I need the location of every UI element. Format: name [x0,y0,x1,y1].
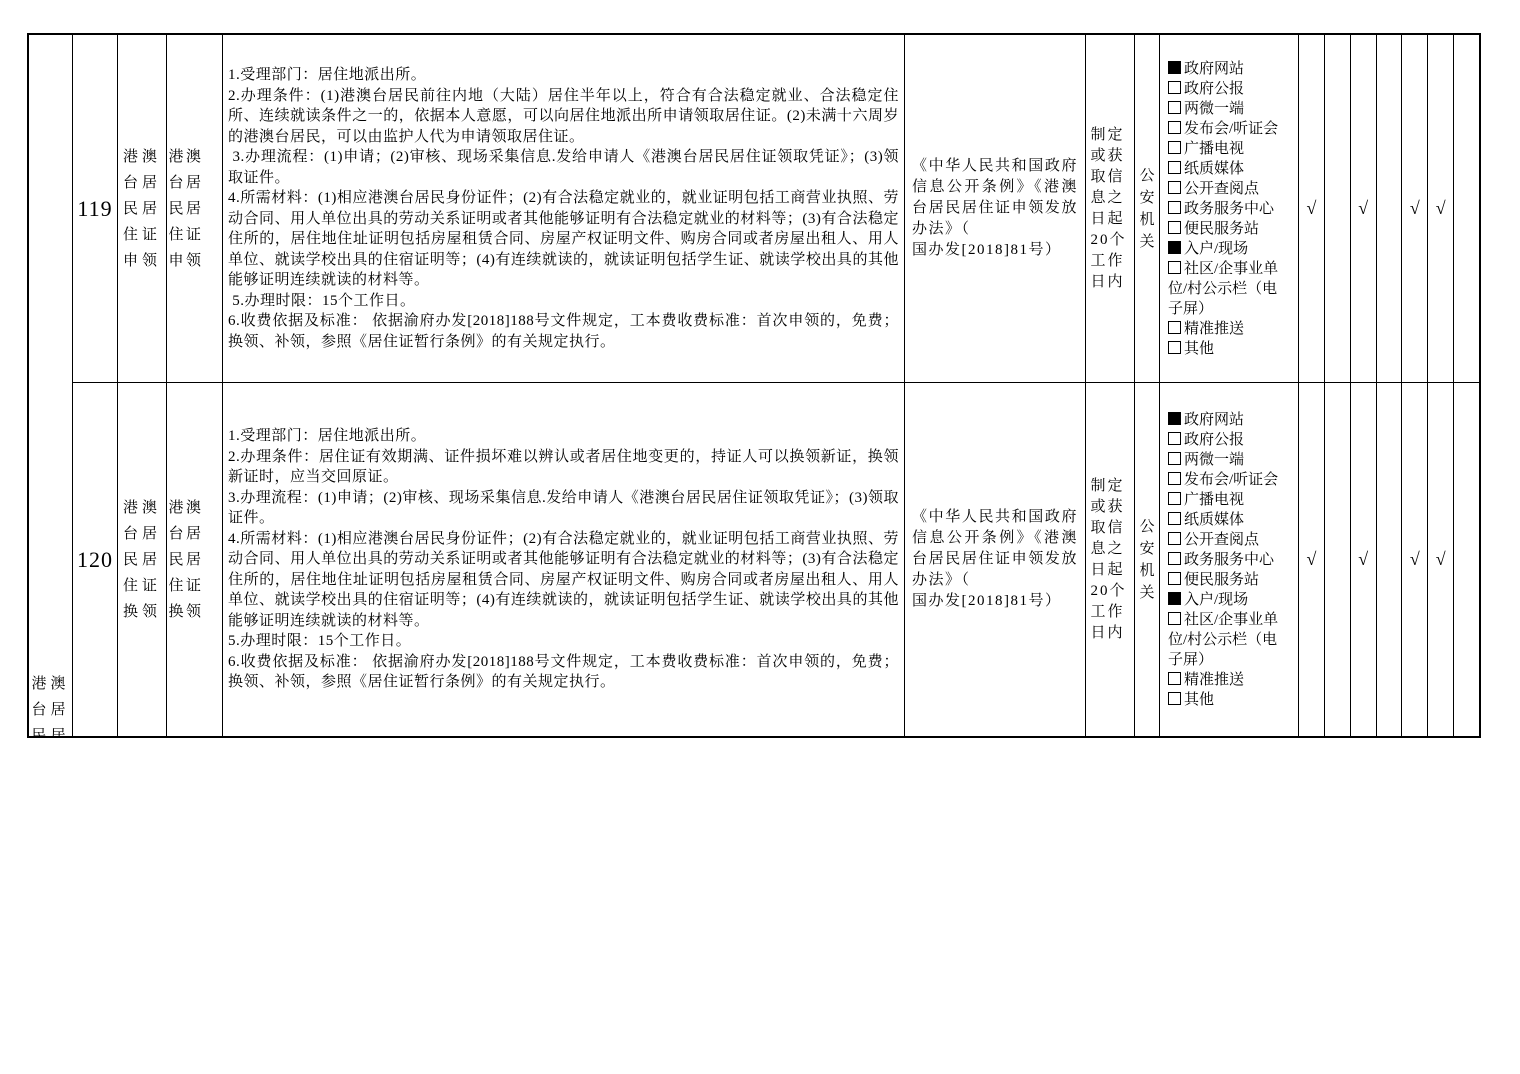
channel-label: 便民服务站 [1184,572,1259,588]
channel-label: 公开查阅点 [1184,532,1259,548]
info-disclosure-table: 119 港澳台居民居 港澳台居民居住证申领 港澳台居民居住证申领 1.受理部门：… [27,33,1481,738]
channel-label: 便民服务站 [1184,221,1259,237]
checkbox-icon [1168,201,1181,214]
checkbox-icon [1168,221,1181,234]
channel-item: 社区/企事业单位/村公示栏（电子屏） [1168,259,1290,319]
channel-label: 社区/企事业单位/村公示栏（电子屏） [1168,261,1278,317]
check-mark-cell [1454,383,1479,736]
channel-label: 入户/现场 [1184,241,1248,257]
check-mark-cell: √ [1351,35,1377,382]
checkbox-icon [1168,321,1181,334]
check-mark-cell [1454,35,1479,382]
checkbox-icon [1168,572,1181,585]
channel-label: 其他 [1184,692,1214,708]
channel-item: 其他 [1168,690,1290,710]
row-120-mark-columns: √ √ √ √ [1299,383,1479,736]
item-name-text: 港澳台居民居住证申领 [123,144,161,274]
check-mark: √ [1410,549,1420,570]
checkbox-icon [1168,612,1181,625]
procedure-item-text: 1.受理部门：居住地派出所。 [228,426,899,447]
procedure-item-text: 1.受理部门：居住地派出所。 [228,65,899,86]
checkbox-icon [1168,452,1181,465]
channel-label: 纸质媒体 [1184,512,1244,528]
checkbox-icon [1168,552,1181,565]
channel-item: 两微一端 [1168,99,1290,119]
check-mark: √ [1306,198,1316,219]
check-mark: √ [1436,549,1446,570]
channel-item: 入户/现场 [1168,239,1290,259]
checkbox-icon [1168,121,1181,134]
channel-item: 社区/企事业单位/村公示栏（电子屏） [1168,610,1290,670]
check-mark-cell [1325,35,1351,382]
row-number-text: 120 [77,547,113,573]
channel-item: 发布会/听证会 [1168,119,1290,139]
channel-label: 政务服务中心 [1184,552,1274,568]
channel-item: 入户/现场 [1168,590,1290,610]
merged-category-cell: 港澳台居民居 [29,35,73,736]
channel-item: 精准推送 [1168,670,1290,690]
checkbox-icon [1168,141,1181,154]
procedure-item-text: 4.所需材料：(1)相应港澳台居民身份证件；(2)有合法稳定就业的，就业证明包括… [228,529,899,632]
checkbox-icon [1168,161,1181,174]
channel-label: 两微一端 [1184,452,1244,468]
checkbox-icon [1168,341,1181,354]
channel-item: 发布会/听证会 [1168,470,1290,490]
channel-label: 政务服务中心 [1184,201,1274,217]
procedure-item-text: 3.办理流程：(1)申请；(2)审核、现场采集信息.发给申请人《港澳台居民居住证… [228,488,899,529]
channel-item: 精准推送 [1168,319,1290,339]
check-mark-cell: √ [1428,35,1454,382]
check-mark-cell: √ [1402,35,1428,382]
legal-basis-text: 《中华人民共和国政府信息公开条例》《港澳台居民居住证申领发放办法》（ 国办发[2… [905,507,1085,612]
checkbox-icon [1168,101,1181,114]
check-mark-cell: √ [1351,383,1377,736]
channel-label: 政府网站 [1184,61,1244,77]
checkbox-icon [1168,432,1181,445]
item-name-text: 港澳台居民居住证换领 [123,495,161,625]
channel-item: 政务服务中心 [1168,550,1290,570]
subitem-name-text: 港澳台居民居住证申领 [169,144,221,274]
row-119-channels-cell: 政府网站 政府公报 两微一端 发布会/听证会 广播电视 纸质媒体 公开查阅点 政… [1160,35,1299,383]
row-120-item-cell: 港澳台居民居住证换领 [118,383,167,736]
channel-item: 广播电视 [1168,490,1290,510]
row-119-time-limit-cell: 制定或获取信息之日起20个工作日内 [1086,35,1135,383]
channel-item: 便民服务站 [1168,219,1290,239]
channel-item: 公开查阅点 [1168,179,1290,199]
row-119-number: 119 [73,35,118,383]
checkbox-icon [1168,241,1181,254]
time-limit-text: 制定或获取信息之日起20个工作日内 [1091,125,1130,293]
procedure-item-text: 3.办理流程：(1)申请；(2)审核、现场采集信息.发给申请人《港澳台居民居住证… [228,147,899,188]
channel-label: 政府公报 [1184,81,1244,97]
legal-basis-text: 《中华人民共和国政府信息公开条例》《港澳台居民居住证申领发放办法》（ 国办发[2… [905,156,1085,261]
channel-label: 广播电视 [1184,141,1244,157]
checkbox-icon [1168,472,1181,485]
check-mark-cell [1325,383,1351,736]
check-mark: √ [1436,198,1446,219]
procedure-item-text: 6.收费依据及标准： 依据渝府办发[2018]188号文件规定，工本费收费标准：… [228,311,899,352]
merged-category-text: 港澳台居民居 [32,671,70,736]
row-120-channels-cell: 政府网站 政府公报 两微一端 发布会/听证会 广播电视 纸质媒体 公开查阅点 政… [1160,383,1299,736]
checkbox-icon [1168,692,1181,705]
channel-item: 广播电视 [1168,139,1290,159]
procedure-item-text: 5.办理时限：15个工作日。 [228,291,899,312]
check-mark: √ [1358,198,1368,219]
row-119-procedure-cell: 1.受理部门：居住地派出所。2.办理条件：(1)港澳台居民前往内地（大陆）居住半… [223,35,905,383]
channel-label: 其他 [1184,341,1214,357]
time-limit-text: 制定或获取信息之日起20个工作日内 [1091,476,1130,644]
row-120-agency-cell: 公安机关 [1135,383,1160,736]
procedure-item-text: 4.所需材料：(1)相应港澳台居民身份证件；(2)有合法稳定就业的，就业证明包括… [228,188,899,291]
page: { "page": { "background_color": "#ffffff… [0,0,1520,1074]
checkbox-icon [1168,592,1181,605]
channel-item: 其他 [1168,339,1290,359]
channel-label: 广播电视 [1184,492,1244,508]
row-119-item-cell: 港澳台居民居住证申领 [118,35,167,383]
row-119-agency-cell: 公安机关 [1135,35,1160,383]
procedure-item-text: 2.办理条件：居住证有效期满、证件损坏难以辨认或者居住地变更的，持证人可以换领新… [228,447,899,488]
channel-item: 政府网站 [1168,410,1290,430]
check-mark-cell: √ [1402,383,1428,736]
channel-label: 发布会/听证会 [1184,121,1278,137]
check-mark-cell [1377,383,1403,736]
channel-label: 入户/现场 [1184,592,1248,608]
check-mark: √ [1306,549,1316,570]
procedure-item-text: 6.收费依据及标准： 依据渝府办发[2018]188号文件规定，工本费收费标准：… [228,652,899,693]
check-mark-cell: √ [1299,383,1325,736]
channel-label: 政府网站 [1184,412,1244,428]
subitem-name-text: 港澳台居民居住证换领 [169,495,221,625]
row-119-legal-basis-cell: 《中华人民共和国政府信息公开条例》《港澳台居民居住证申领发放办法》（ 国办发[2… [905,35,1086,383]
row-120-number: 120 [73,383,118,736]
checkbox-icon [1168,532,1181,545]
channel-label: 两微一端 [1184,101,1244,117]
channel-label: 公开查阅点 [1184,181,1259,197]
channel-item: 政府网站 [1168,59,1290,79]
row-120-subitem-cell: 港澳台居民居住证换领 [167,383,223,736]
check-mark-cell: √ [1428,383,1454,736]
checkbox-icon [1168,181,1181,194]
check-mark: √ [1410,198,1420,219]
checkbox-icon [1168,492,1181,505]
channel-item: 两微一端 [1168,450,1290,470]
channel-label: 精准推送 [1184,672,1244,688]
row-120-procedure-cell: 1.受理部门：居住地派出所。2.办理条件：居住证有效期满、证件损坏难以辨认或者居… [223,383,905,736]
channel-item: 政府公报 [1168,79,1290,99]
channel-item: 公开查阅点 [1168,530,1290,550]
row-number-text: 119 [77,196,112,222]
checkbox-icon [1168,61,1181,74]
channel-label: 政府公报 [1184,432,1244,448]
channel-label: 精准推送 [1184,321,1244,337]
channel-label: 社区/企事业单位/村公示栏（电子屏） [1168,612,1278,668]
checkbox-icon [1168,261,1181,274]
row-120-legal-basis-cell: 《中华人民共和国政府信息公开条例》《港澳台居民居住证申领发放办法》（ 国办发[2… [905,383,1086,736]
channel-label: 纸质媒体 [1184,161,1244,177]
check-mark: √ [1358,549,1368,570]
channel-item: 纸质媒体 [1168,159,1290,179]
channel-item: 纸质媒体 [1168,510,1290,530]
row-119-mark-columns: √ √ √ √ [1299,35,1479,383]
agency-text: 公安机关 [1139,516,1156,604]
agency-text: 公安机关 [1139,165,1156,253]
channel-item: 政府公报 [1168,430,1290,450]
channel-item: 便民服务站 [1168,570,1290,590]
row-119-subitem-cell: 港澳台居民居住证申领 [167,35,223,383]
row-120-time-limit-cell: 制定或获取信息之日起20个工作日内 [1086,383,1135,736]
channel-label: 发布会/听证会 [1184,472,1278,488]
checkbox-icon [1168,81,1181,94]
checkbox-icon [1168,512,1181,525]
checkbox-icon [1168,412,1181,425]
check-mark-cell [1377,35,1403,382]
procedure-item-text: 5.办理时限：15个工作日。 [228,631,899,652]
channel-item: 政务服务中心 [1168,199,1290,219]
check-mark-cell: √ [1299,35,1325,382]
checkbox-icon [1168,672,1181,685]
procedure-item-text: 2.办理条件：(1)港澳台居民前往内地（大陆）居住半年以上，符合有合法稳定就业、… [228,86,899,148]
